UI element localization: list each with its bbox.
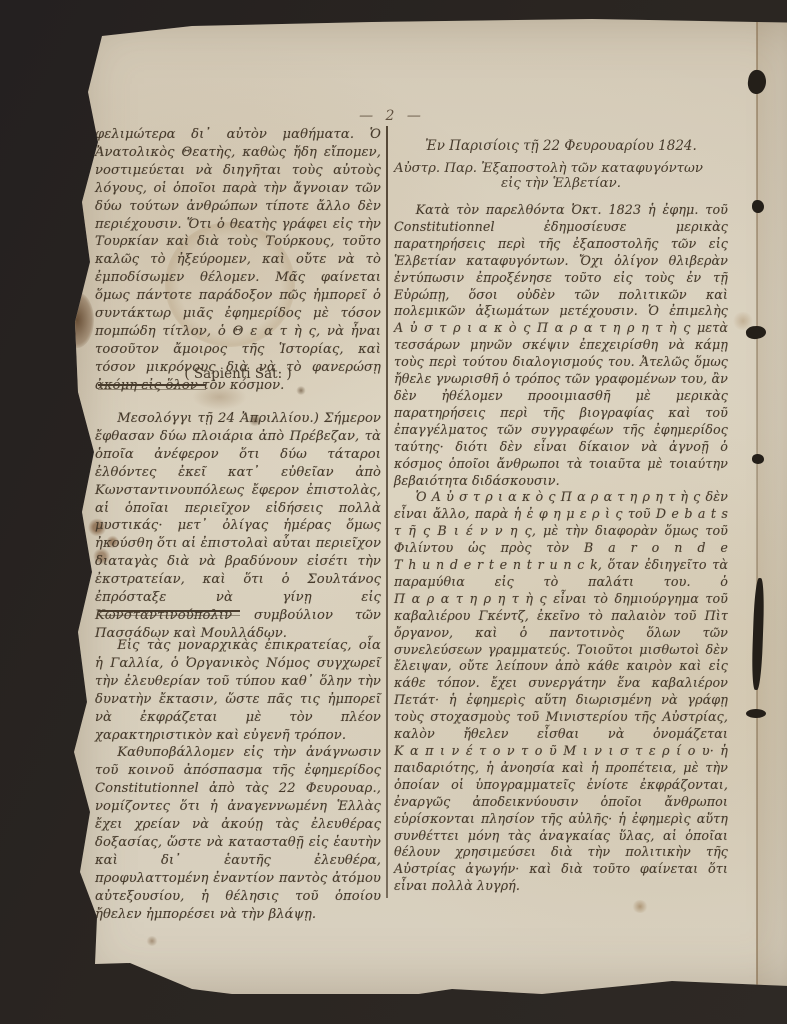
editorial-intro-paragraph-1: Εἰς τὰς μοναρχικὰς ἐπικρατείας, οἷα ἡ Γα… bbox=[95, 637, 381, 744]
latin-attribution: ( Sapienti Sat: ) bbox=[95, 366, 381, 382]
stitch-mark bbox=[752, 200, 764, 213]
stitch-mark bbox=[752, 454, 764, 464]
editorial-intro-paragraph-2: Καθυποβάλλομεν εἰς τὴν ἀνάγνωσιν τοῦ κοι… bbox=[95, 744, 381, 923]
editorial-intro-block: Εἰς τὰς μοναρχικὰς ἐπικρατείας, οἷα ἡ Γα… bbox=[95, 637, 381, 924]
binding-fold-margin bbox=[757, 12, 787, 994]
newspaper-page: — 2 — φελιμώτερα δι᾽ αὐτὸν μαθήματα. Ὁ Ἀ… bbox=[72, 12, 787, 994]
stain-spot bbox=[146, 936, 158, 946]
page-number: — 2 — bbox=[322, 108, 462, 124]
article-paragraph-2: Ὁ Α ὐ σ τ ρ ι α κ ὸ ς Π α ρ α τ η ρ η τ … bbox=[394, 489, 728, 895]
article-heading-line1: Αὐστρ. Παρ. Ἐξαποστολὴ τῶν καταφυγόντων bbox=[394, 161, 728, 176]
article-paragraph-1: Κατὰ τὸν παρελθόντα Ὀκτ. 1823 ἡ ἐφημ. το… bbox=[394, 202, 728, 489]
continuation-paragraph: φελιμώτερα δι᾽ αὐτὸν μαθήματα. Ὁ Ἀνατολι… bbox=[95, 126, 381, 395]
stain-spot bbox=[732, 312, 754, 330]
column-divider-rule bbox=[386, 126, 388, 898]
paris-dateline: Ἐν Παρισίοις τῇ 22 Φευρουαρίου 1824. bbox=[394, 138, 728, 154]
article-body: Κατὰ τὸν παρελθόντα Ὀκτ. 1823 ἡ ἐφημ. το… bbox=[394, 202, 728, 895]
scan-background: — 2 — φελιμώτερα δι᾽ αὐτὸν μαθήματα. Ὁ Ἀ… bbox=[0, 0, 787, 1024]
article-heading: Αὐστρ. Παρ. Ἐξαποστολὴ τῶν καταφυγόντων … bbox=[394, 161, 728, 191]
right-column: Ἐν Παρισίοις τῇ 22 Φευρουαρίου 1824. Αὐσ… bbox=[394, 138, 728, 895]
mesolonghi-news-item: Μεσολόγγι τῇ 24 Ἀπριλλίου.) Σήμερον ἔφθα… bbox=[95, 410, 381, 643]
article-heading-line2: εἰς τὴν Ἑλβετίαν. bbox=[394, 176, 728, 191]
stain-spot bbox=[632, 900, 648, 913]
binding-crease bbox=[756, 22, 758, 988]
stitch-mark bbox=[746, 709, 766, 718]
stain-spot bbox=[60, 292, 94, 348]
